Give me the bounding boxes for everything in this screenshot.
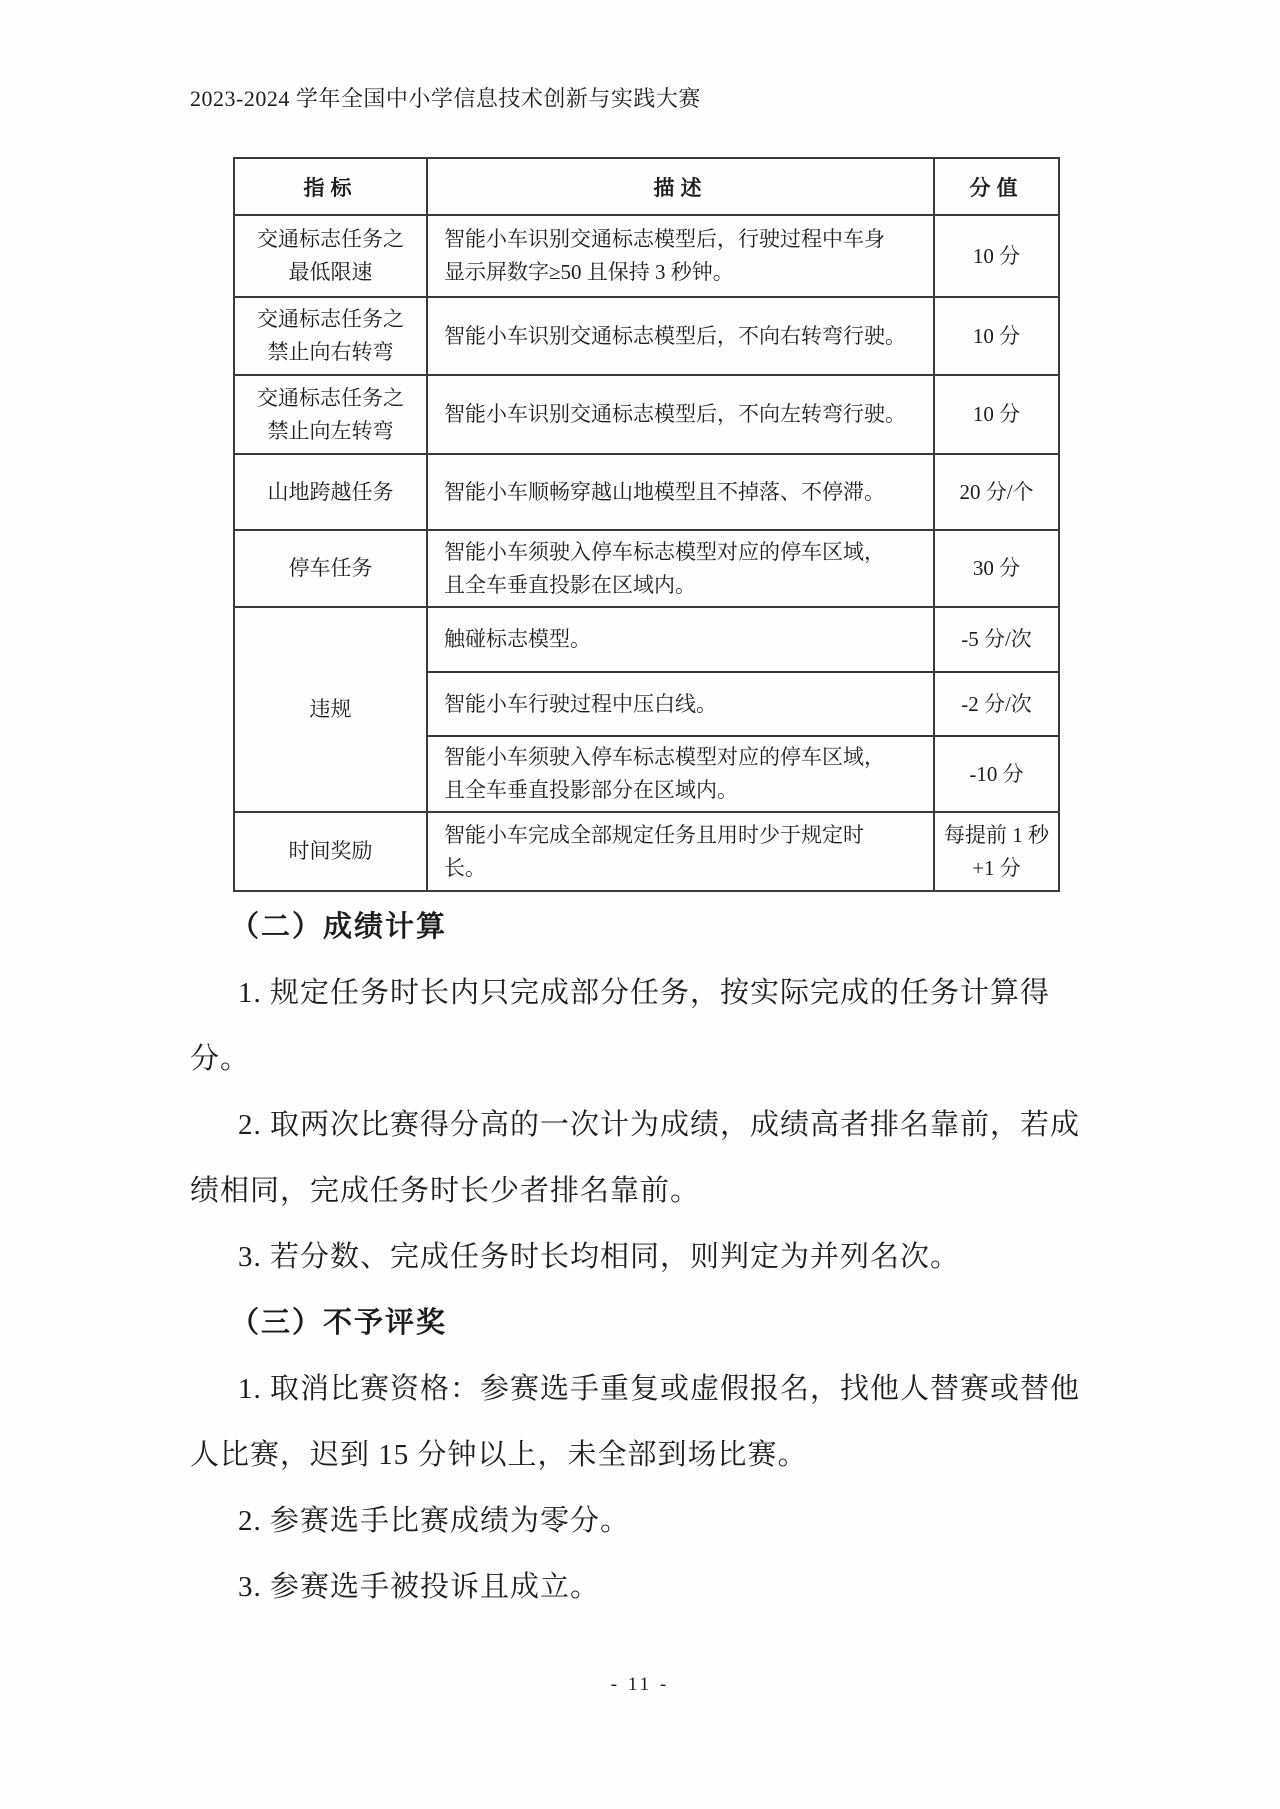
score-cell: -2 分/次	[934, 672, 1059, 736]
description-cell: 智能小车顺畅穿越山地模型且不掉落、不停滞。	[427, 454, 934, 530]
paragraph: 1. 取消比赛资格：参赛选手重复或虚假报名，找他人替赛或替他 人比赛，迟到 15…	[190, 1356, 1095, 1488]
description-cell: 智能小车行驶过程中压白线。	[427, 672, 934, 736]
scoring-table: 指标 描述 分值 交通标志任务之 最低限速 智能小车识别交通标志模型后，行驶过程…	[233, 157, 1060, 892]
score-cell: 20 分/个	[934, 454, 1059, 530]
description-cell: 智能小车须驶入停车标志模型对应的停车区域， 且全车垂直投影在区域内。	[427, 530, 934, 607]
indicator-cell: 交通标志任务之 禁止向右转弯	[234, 297, 427, 375]
page-number: - 11 -	[0, 1674, 1280, 1696]
paragraph: 1. 规定任务时长内只完成部分任务，按实际完成的任务计算得 分。	[190, 960, 1095, 1092]
column-header-indicator: 指标	[234, 158, 427, 215]
score-cell: 10 分	[934, 297, 1059, 375]
column-header-description: 描述	[427, 158, 934, 215]
table-header-row: 指标 描述 分值	[234, 158, 1059, 215]
section-heading-score-calculation: （二）成绩计算	[190, 894, 1095, 960]
table-row: 时间奖励 智能小车完成全部规定任务且用时少于规定时 长。 每提前 1 秒 +1 …	[234, 812, 1059, 891]
description-cell: 智能小车识别交通标志模型后，行驶过程中车身 显示屏数字≥50 且保持 3 秒钟。	[427, 215, 934, 297]
indicator-cell-merged: 违规	[234, 607, 427, 812]
paragraph: 3. 若分数、完成任务时长均相同，则判定为并列名次。	[190, 1224, 1095, 1290]
document-page: 2023-2024 学年全国中小学信息技术创新与实践大赛 指标 描述 分值 交通…	[0, 0, 1280, 1809]
table-row: 交通标志任务之 最低限速 智能小车识别交通标志模型后，行驶过程中车身 显示屏数字…	[234, 215, 1059, 297]
description-cell: 智能小车须驶入停车标志模型对应的停车区域， 且全车垂直投影部分在区域内。	[427, 736, 934, 812]
paragraph: 2. 取两次比赛得分高的一次计为成绩，成绩高者排名靠前，若成 绩相同，完成任务时…	[190, 1092, 1095, 1224]
description-cell: 智能小车识别交通标志模型后，不向右转弯行驶。	[427, 297, 934, 375]
document-body: （二）成绩计算 1. 规定任务时长内只完成部分任务，按实际完成的任务计算得 分。…	[190, 894, 1095, 1620]
indicator-cell: 时间奖励	[234, 812, 427, 891]
score-cell: 每提前 1 秒 +1 分	[934, 812, 1059, 891]
table-row: 停车任务 智能小车须驶入停车标志模型对应的停车区域， 且全车垂直投影在区域内。 …	[234, 530, 1059, 607]
section-heading-no-award: （三）不予评奖	[190, 1290, 1095, 1356]
score-cell: 10 分	[934, 215, 1059, 297]
description-cell: 智能小车完成全部规定任务且用时少于规定时 长。	[427, 812, 934, 891]
indicator-cell: 交通标志任务之 最低限速	[234, 215, 427, 297]
document-header-title: 2023-2024 学年全国中小学信息技术创新与实践大赛	[190, 86, 1095, 112]
paragraph: 2. 参赛选手比赛成绩为零分。	[190, 1488, 1095, 1554]
paragraph: 3. 参赛选手被投诉且成立。	[190, 1554, 1095, 1620]
table-row: 违规 触碰标志模型。 -5 分/次	[234, 607, 1059, 672]
indicator-cell: 山地跨越任务	[234, 454, 427, 530]
score-cell: 30 分	[934, 530, 1059, 607]
column-header-score: 分值	[934, 158, 1059, 215]
score-cell: -10 分	[934, 736, 1059, 812]
indicator-cell: 停车任务	[234, 530, 427, 607]
table-row: 交通标志任务之 禁止向左转弯 智能小车识别交通标志模型后，不向左转弯行驶。 10…	[234, 375, 1059, 454]
table-row: 交通标志任务之 禁止向右转弯 智能小车识别交通标志模型后，不向右转弯行驶。 10…	[234, 297, 1059, 375]
score-cell: 10 分	[934, 375, 1059, 454]
description-cell: 智能小车识别交通标志模型后，不向左转弯行驶。	[427, 375, 934, 454]
description-cell: 触碰标志模型。	[427, 607, 934, 672]
score-cell: -5 分/次	[934, 607, 1059, 672]
table-row: 山地跨越任务 智能小车顺畅穿越山地模型且不掉落、不停滞。 20 分/个	[234, 454, 1059, 530]
indicator-cell: 交通标志任务之 禁止向左转弯	[234, 375, 427, 454]
